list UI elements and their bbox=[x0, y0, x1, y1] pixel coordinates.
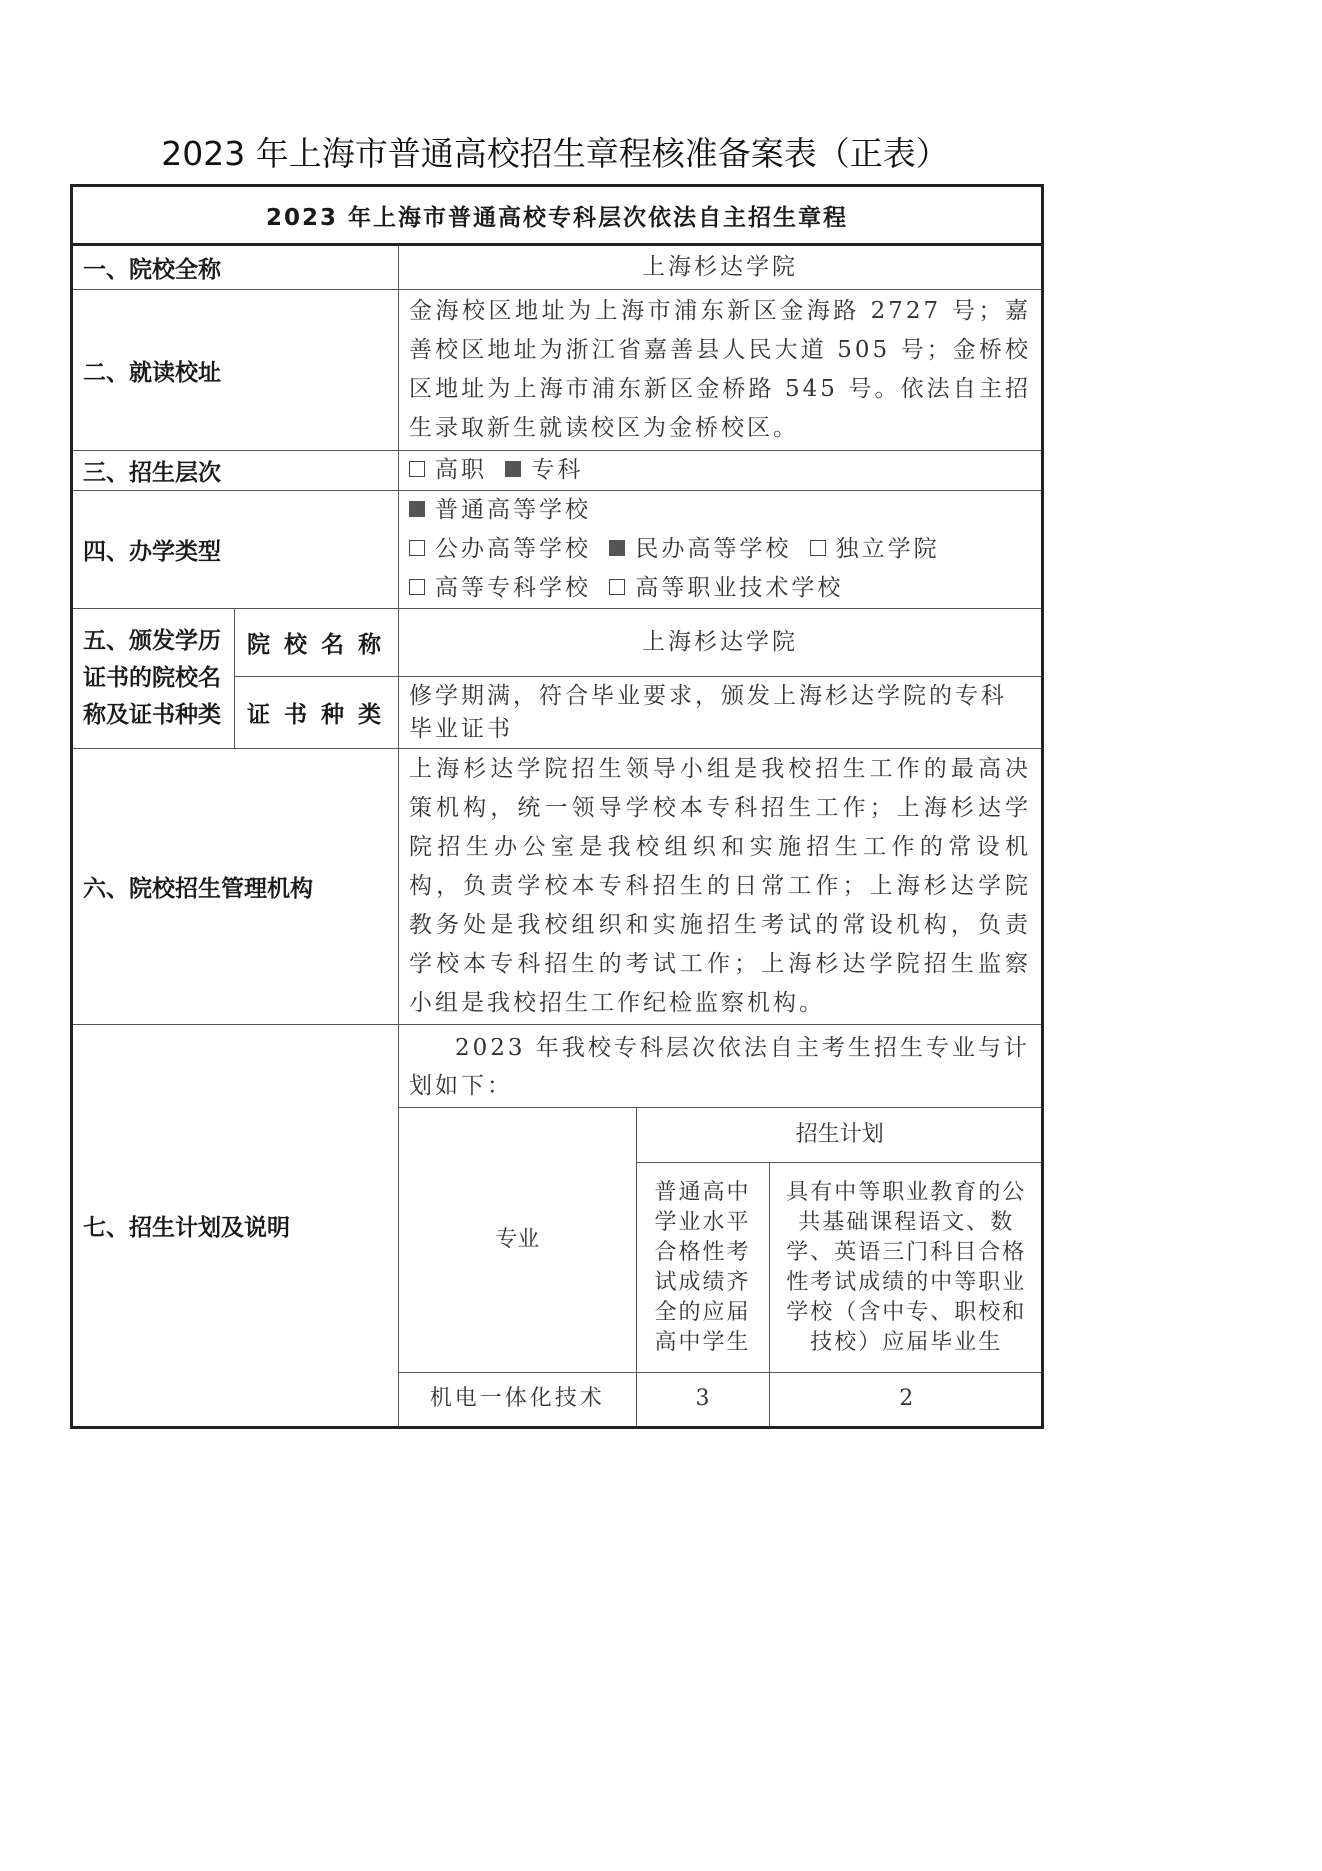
issuer-value: 上海杉达学院 bbox=[399, 609, 1043, 677]
school-type-line-2: 公办高等学校 民办高等学校 独立学院 bbox=[409, 530, 1031, 569]
plan-intro: 2023 年我校专科层次依法自主考生招生专业与计划如下： bbox=[399, 1025, 1041, 1107]
certificate-type-label: 证书种类 bbox=[235, 677, 399, 749]
option-gaozhi[interactable]: 高职 bbox=[409, 457, 487, 483]
row-campus-address: 二、就读校址 金海校区地址为上海市浦东新区金海路 2727 号；嘉善校区地址为浙… bbox=[72, 290, 1043, 451]
management-value: 上海杉达学院招生领导小组是我校招生工作的最高决策机构，统一领导学校本专科招生工作… bbox=[399, 749, 1043, 1025]
plan-table: 专业 招生计划 普通高中学业水平合格性考试成绩齐全的应届高中学生 具有中等职业教… bbox=[399, 1107, 1043, 1426]
certificate-type-value: 修学期满，符合毕业要求，颁发上海杉达学院的专科毕业证书 bbox=[399, 677, 1043, 749]
enrollment-level-label: 三、招生层次 bbox=[72, 451, 399, 491]
form-subtitle: 2023 年上海市普通高校专科层次依法自主招生章程 bbox=[72, 186, 1043, 245]
school-name-value: 上海杉达学院 bbox=[399, 245, 1043, 290]
enrollment-level-options: 高职 专科 bbox=[399, 451, 1043, 491]
plan-count-col2: 2 bbox=[769, 1373, 1043, 1426]
checkbox-checked-icon bbox=[505, 461, 521, 477]
option-private[interactable]: 民办高等学校 bbox=[609, 536, 791, 562]
checkbox-unchecked-icon bbox=[609, 579, 625, 595]
certificate-label: 五、颁发学历证书的院校名称及证书种类 bbox=[72, 609, 235, 749]
school-type-label: 四、办学类型 bbox=[72, 491, 399, 609]
checkbox-unchecked-icon bbox=[810, 540, 826, 556]
option-independent[interactable]: 独立学院 bbox=[810, 536, 940, 562]
col1-header: 普通高中学业水平合格性考试成绩齐全的应届高中学生 bbox=[636, 1163, 769, 1373]
checkbox-unchecked-icon bbox=[409, 540, 425, 556]
filing-form-table: 2023 年上海市普通高校专科层次依法自主招生章程 一、院校全称 上海杉达学院 … bbox=[70, 184, 1044, 1429]
plan-count-col1: 3 bbox=[636, 1373, 769, 1426]
management-label: 六、院校招生管理机构 bbox=[72, 749, 399, 1025]
school-type-line-1: 普通高等学校 bbox=[409, 491, 1031, 530]
option-junior-college[interactable]: 高等专科学校 bbox=[409, 575, 591, 601]
option-vocational-tech[interactable]: 高等职业技术学校 bbox=[609, 575, 843, 601]
row-school-type: 四、办学类型 普通高等学校 公办高等学校 民办高等学校 独立学院 高等专科学校 … bbox=[72, 491, 1043, 609]
row-plan: 七、招生计划及说明 2023 年我校专科层次依法自主考生招生专业与计划如下： 专… bbox=[72, 1025, 1043, 1428]
plan-cell: 2023 年我校专科层次依法自主考生招生专业与计划如下： 专业 招生计划 普通高… bbox=[399, 1025, 1043, 1428]
checkbox-unchecked-icon bbox=[409, 579, 425, 595]
plan-row: 机电一体化技术 3 2 bbox=[399, 1373, 1043, 1426]
plan-header: 招生计划 bbox=[636, 1108, 1043, 1163]
row-enrollment-level: 三、招生层次 高职 专科 bbox=[72, 451, 1043, 491]
checkbox-unchecked-icon bbox=[409, 461, 425, 477]
option-zhuanke[interactable]: 专科 bbox=[505, 457, 583, 483]
issuer-label: 院校名称 bbox=[235, 609, 399, 677]
option-regular-higher-ed[interactable]: 普通高等学校 bbox=[409, 497, 591, 523]
row-school-name: 一、院校全称 上海杉达学院 bbox=[72, 245, 1043, 290]
checkbox-checked-icon bbox=[609, 540, 625, 556]
campus-address-label: 二、就读校址 bbox=[72, 290, 399, 451]
row-certificate-issuer: 五、颁发学历证书的院校名称及证书种类 院校名称 上海杉达学院 bbox=[72, 609, 1043, 677]
major-name: 机电一体化技术 bbox=[399, 1373, 636, 1426]
school-name-label: 一、院校全称 bbox=[72, 245, 399, 290]
page-title: 2023 年上海市普通高校招生章程核准备案表（正表） bbox=[0, 128, 1110, 175]
school-type-options: 普通高等学校 公办高等学校 民办高等学校 独立学院 高等专科学校 高等职业技术学… bbox=[399, 491, 1043, 609]
row-management: 六、院校招生管理机构 上海杉达学院招生领导小组是我校招生工作的最高决策机构，统一… bbox=[72, 749, 1043, 1025]
school-type-line-3: 高等专科学校 高等职业技术学校 bbox=[409, 569, 1031, 608]
plan-label: 七、招生计划及说明 bbox=[72, 1025, 399, 1428]
col2-header: 具有中等职业教育的公共基础课程语文、数学、英语三门科目合格性考试成绩的中等职业学… bbox=[769, 1163, 1043, 1373]
option-public[interactable]: 公办高等学校 bbox=[409, 536, 591, 562]
checkbox-checked-icon bbox=[409, 501, 425, 517]
major-header: 专业 bbox=[399, 1108, 636, 1373]
campus-address-value: 金海校区地址为上海市浦东新区金海路 2727 号；嘉善校区地址为浙江省嘉善县人民… bbox=[399, 290, 1043, 451]
